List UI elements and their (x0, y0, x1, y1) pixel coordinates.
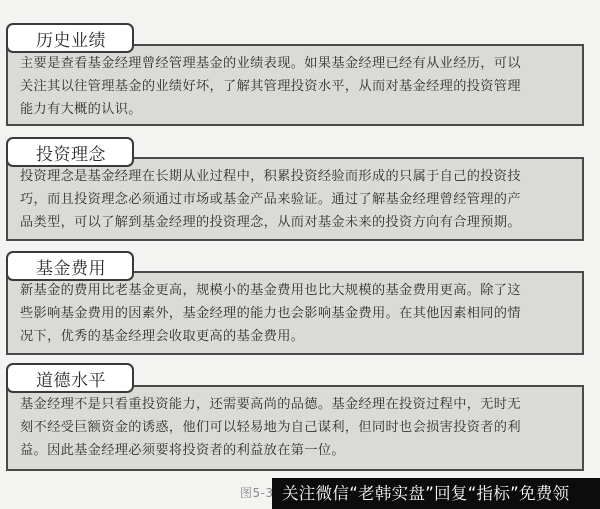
body-line: 基金经理不是只看重投资能力，还需要高尚的品德。基金经理在投资过程中，无时无 (20, 393, 572, 416)
body-line: 刻不经受巨额资金的诱惑，他们可以轻易地为自己谋利，但同时也会损害投资者的利 (20, 416, 572, 439)
body-line: 能力有大概的认识。 (20, 98, 572, 121)
body-line: 投资理念是基金经理在长期从业过程中，积累投资经验而形成的只属于自己的投资技 (20, 165, 572, 188)
body-line: 况下，优秀的基金经理会收取更高的基金费用。 (20, 325, 572, 348)
watermark-banner: 关注微信“老韩实盘”回复“指标”免费领 (272, 478, 600, 509)
section-body: 新基金的费用比老基金更高，规模小的基金费用也比大规模的基金费用更高。除了这 些影… (6, 271, 584, 355)
section-title-tab: 历史业绩 (6, 23, 134, 53)
section-title: 投资理念 (36, 140, 106, 165)
section-title: 基金费用 (36, 254, 106, 279)
body-line: 些影响基金费用的因素外，基金经理的能力也会影响基金费用。在其他因素相同的情 (20, 302, 572, 325)
section-title-tab: 道德水平 (6, 363, 134, 393)
section-title: 历史业绩 (36, 26, 106, 51)
body-line: 品类型，可以了解到基金经理的投资理念，从而对基金未来的投资方向有合理预期。 (20, 211, 572, 234)
body-line: 主要是查看基金经理曾经管理基金的业绩表现。如果基金经理已经有从业经历，可以 (20, 52, 572, 75)
figure-number: 图5-3 (240, 486, 274, 500)
section-body: 主要是查看基金经理曾经管理基金的业绩表现。如果基金经理已经有从业经历，可以 关注… (6, 44, 584, 126)
section-body: 基金经理不是只看重投资能力，还需要高尚的品德。基金经理在投资过程中，无时无 刻不… (6, 385, 584, 471)
body-line: 关注其以往管理基金的业绩好坏，了解其管理投资水平，从而对基金经理的投资管理 (20, 75, 572, 98)
body-line: 新基金的费用比老基金更高，规模小的基金费用也比大规模的基金费用更高。除了这 (20, 279, 572, 302)
section-title: 道德水平 (36, 366, 106, 391)
section-body: 投资理念是基金经理在长期从业过程中，积累投资经验而形成的只属于自己的投资技 巧，… (6, 157, 584, 241)
body-line: 巧，而且投资理念必须通过市场或基金产品来验证。通过了解基金经理曾经管理的产 (20, 188, 572, 211)
body-line: 益。因此基金经理必须要将投资者的利益放在第一位。 (20, 439, 572, 462)
section-title-tab: 基金费用 (6, 251, 134, 281)
section-title-tab: 投资理念 (6, 137, 134, 167)
